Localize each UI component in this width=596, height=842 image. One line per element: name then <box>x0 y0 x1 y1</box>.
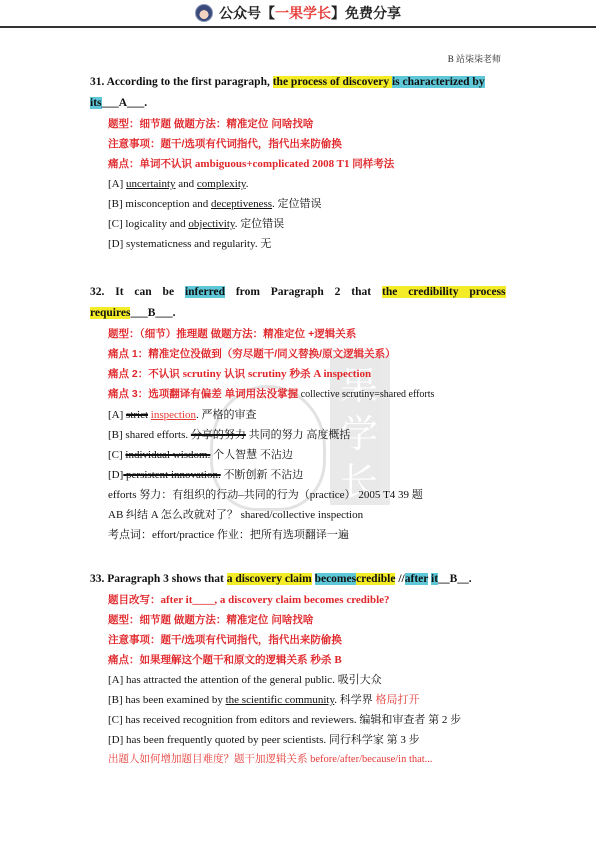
highlight-blue: after <box>405 573 428 585</box>
pain-text: 痛点 2：不认识 <box>108 368 183 380</box>
option-label: [D] <box>108 469 123 481</box>
pain-en: scrutiny <box>248 368 287 380</box>
option-a: [A] strict inspection. 严格的审查 <box>90 405 506 425</box>
option-c: [C] logicality and objectivity. 定位错误 <box>90 214 506 234</box>
title-blank: ___B___. <box>130 307 175 319</box>
pain-label: 痛点：单词不认识 <box>108 158 195 170</box>
option-label: [C] logicality and <box>108 218 188 230</box>
rewrite-label: 题目改写： <box>108 594 161 606</box>
option-note: 共同的努力 高度概括 <box>246 429 351 441</box>
option-label: [D] systematicness and regularity. <box>108 238 258 250</box>
title-text: // <box>395 573 404 585</box>
underlined-word: deceptiveness <box>211 198 272 210</box>
option-d: [D] persistent innovation. 不断创新 不沾边 <box>90 465 506 485</box>
pain-en: A inspection <box>313 368 371 380</box>
option-c: [C] individual wisdom. 个人智慧 不沾边 <box>90 445 506 465</box>
option-a: [A] uncertainty and complexity. <box>90 174 506 194</box>
spacer <box>90 254 506 282</box>
pain-en: ambiguous+complicated 2008 T1 <box>195 158 352 170</box>
title-text: 31. According to the first paragraph, <box>90 76 273 88</box>
caution-note: 注意事项：题干/选项有代词指代，指代出来防偷换 <box>90 134 506 154</box>
struck-word: strict <box>126 409 148 421</box>
brand-banner: 公众号【一果学长】免费分享 <box>0 0 596 26</box>
banner-prefix: 公众号【 <box>219 3 275 23</box>
option-note: 定位错误 <box>237 218 284 230</box>
option-note: 定位错误 <box>275 198 322 210</box>
title-text: 32. It can be <box>90 286 185 298</box>
pain-point-1: 痛点 1：精准定位没做到（穷尽题干/同义替换/原文逻辑关系） <box>90 344 506 364</box>
pain-en: scrutiny <box>183 368 222 380</box>
option-d: [D] systematicness and regularity. 无 <box>90 234 506 254</box>
option-text: [A] has attracted the attention of the g… <box>108 674 335 686</box>
banner-brand: 一果学长 <box>275 3 331 23</box>
page-header-author: B 站柒柒老师 <box>448 52 501 65</box>
final-note-cn: 出题人如何增加题目难度？题干加逻辑关系 <box>108 754 310 765</box>
option-b: [B] misconception and deceptiveness. 定位错… <box>90 194 506 214</box>
pain-en: collective scrutiny=shared efforts <box>298 389 434 400</box>
title-blank: __B__. <box>438 573 472 585</box>
highlight-blue: its <box>90 97 102 109</box>
pain-en: B <box>334 654 341 666</box>
option-label: [A] <box>108 409 126 421</box>
pain-point-note: 痛点：单词不认识 ambiguous+complicated 2008 T1 同… <box>90 154 506 174</box>
pain-tail: 同样考法 <box>352 158 394 170</box>
spacer <box>90 545 506 569</box>
highlight-yellow: requires <box>90 307 130 319</box>
rewrite-note: 题目改写：after it____, a discovery claim bec… <box>90 590 506 610</box>
pain-point-2: 痛点 2：不认识 scrutiny 认识 scrutiny 秒杀 A inspe… <box>90 364 506 384</box>
question-type-note: 题型：（细节）推理题 做题方法：精准定位 +逻辑关系 <box>90 324 506 344</box>
document-body: 31. According to the first paragraph, th… <box>90 72 506 770</box>
banner-divider <box>0 26 596 28</box>
question-33: 33. Paragraph 3 shows that a discovery c… <box>90 569 506 770</box>
option-d: [D] has been frequently quoted by peer s… <box>90 730 506 750</box>
option-a: [A] has attracted the attention of the g… <box>90 670 506 690</box>
option-label: [A] <box>108 178 126 190</box>
extra-note: 考点词：effort/practice 作业：把所有选项翻译一遍 <box>90 525 506 545</box>
final-note-en: before/after/because/in that... <box>310 754 432 765</box>
option-note: 吸引大众 <box>335 674 382 686</box>
red-note: 格局打开 <box>376 694 420 706</box>
highlight-blue: inferred <box>185 286 225 298</box>
option-text: . <box>246 178 249 190</box>
question-title: 33. Paragraph 3 shows that a discovery c… <box>90 569 506 590</box>
pain-text: 认识 <box>221 368 248 380</box>
highlight-yellow: the credibility process <box>382 286 506 298</box>
option-note: 编辑和审查者 第 2 步 <box>357 714 462 726</box>
question-32: 32. It can be inferred from Paragraph 2 … <box>90 282 506 545</box>
option-text: and <box>176 178 197 190</box>
option-text: [D] has been frequently quoted by peer s… <box>108 734 326 746</box>
struck-word: persistent innovation. <box>123 469 220 481</box>
option-label: [B] misconception and <box>108 198 211 210</box>
option-note: 个人智慧 不沾边 <box>210 449 293 461</box>
title-text: 33. Paragraph 3 shows that <box>90 573 227 585</box>
question-type-note: 题型：细节题 做题方法：精准定位 问啥找啥 <box>90 114 506 134</box>
pain-point-3: 痛点 3：选项翻译有偏差 单词用法没掌握 collective scrutiny… <box>90 384 506 405</box>
option-label: [B] shared efforts. <box>108 429 191 441</box>
rewrite-en: after it____, a discovery claim becomes … <box>161 594 390 606</box>
option-text: [C] has received recognition from editor… <box>108 714 357 726</box>
option-note: 无 <box>258 238 272 250</box>
struck-word: 分享的努力 <box>191 429 246 441</box>
highlight-blue: is characterized by <box>392 76 485 88</box>
option-b: [B] has been examined by the scientific … <box>90 690 506 710</box>
option-note: 科学界 <box>337 694 376 706</box>
question-title: 32. It can be inferred from Paragraph 2 … <box>90 282 506 324</box>
struck-word: individual wisdom. <box>125 449 210 461</box>
banner-suffix: 】免费分享 <box>331 3 401 23</box>
underlined-word: uncertainty <box>126 178 175 190</box>
highlight-yellow: credible <box>356 573 395 585</box>
underlined-word: objectivity <box>188 218 234 230</box>
title-blank: ___A___. <box>102 97 148 109</box>
question-31: 31. According to the first paragraph, th… <box>90 72 506 254</box>
red-underlined-word: inspection <box>151 409 196 421</box>
option-b: [B] shared efforts. 分享的努力 共同的努力 高度概括 <box>90 425 506 445</box>
option-note: 严格的审查 <box>199 409 257 421</box>
underlined-word: complexity <box>197 178 246 190</box>
option-note: 不断创新 不沾边 <box>221 469 304 481</box>
title-text: from Paragraph 2 that <box>225 286 382 298</box>
highlight-blue: becomes <box>315 573 357 585</box>
avatar-icon <box>195 4 213 22</box>
question-title: 31. According to the first paragraph, th… <box>90 72 506 114</box>
highlight-yellow: a discovery claim <box>227 573 312 585</box>
caution-note: 注意事项：题干/选项有代词指代，指代出来防偷换 <box>90 630 506 650</box>
extra-note: AB 纠结 A 怎么改就对了？ shared/collective inspec… <box>90 505 506 525</box>
underlined-word: the scientific community <box>226 694 335 706</box>
pain-text: 痛点 3：选项翻译有偏差 单词用法没掌握 <box>108 388 298 400</box>
extra-note: efforts 努力：有组织的行动–共同的行为（practice） 2005 T… <box>90 485 506 505</box>
final-note: 出题人如何增加题目难度？题干加逻辑关系 before/after/because… <box>90 750 506 770</box>
option-c: [C] has received recognition from editor… <box>90 710 506 730</box>
question-type-note: 题型：细节题 做题方法：精准定位 问啥找啥 <box>90 610 506 630</box>
option-note: 同行科学家 第 3 步 <box>326 734 420 746</box>
option-text: [B] has been examined by <box>108 694 226 706</box>
highlight-yellow: the process of discovery <box>273 76 392 88</box>
pain-point-note: 痛点：如果理解这个题干和原文的逻辑关系 秒杀 B <box>90 650 506 670</box>
pain-text: 秒杀 <box>287 368 314 380</box>
option-label: [C] <box>108 449 125 461</box>
pain-label: 痛点：如果理解这个题干和原文的逻辑关系 秒杀 <box>108 654 334 666</box>
